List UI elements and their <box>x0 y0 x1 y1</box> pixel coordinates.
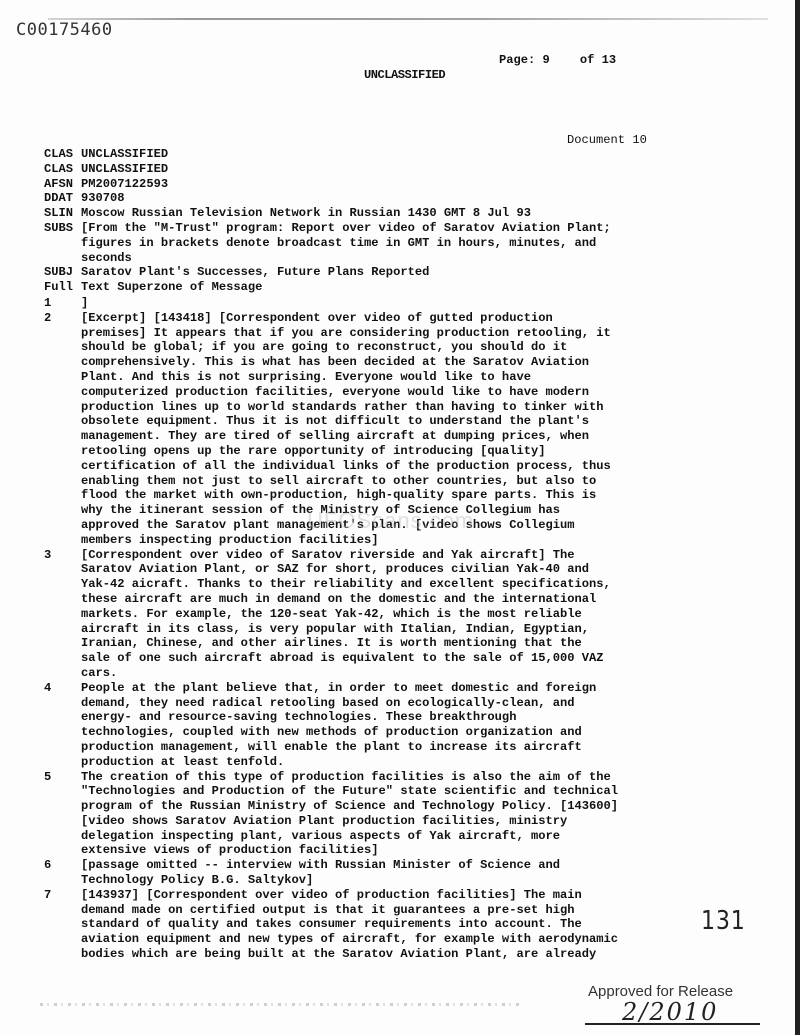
field-row: AFSNPM2007122593 <box>44 177 664 192</box>
page-total: of 13 <box>580 53 616 68</box>
paragraph-number: 3 <box>44 548 81 681</box>
scan-right-edge <box>795 0 800 1035</box>
field-label: CLAS <box>44 162 81 177</box>
field-value: 930708 <box>81 191 664 206</box>
field-row: DDAT930708 <box>44 191 664 206</box>
page-label: Page: 9 <box>499 53 550 68</box>
document-page: C00175460 Page: 9of 13 UNCLASSIFIED Docu… <box>0 0 800 1035</box>
scan-top-rule <box>48 18 768 20</box>
field-row: SUBJSaratov Plant's Successes, Future Pl… <box>44 265 664 280</box>
paragraph: 4People at the plant believe that, in or… <box>44 681 664 770</box>
field-label: SUBJ <box>44 265 81 280</box>
paragraph-number: 1 <box>44 296 81 311</box>
classification-header: UNCLASSIFIED <box>364 68 445 83</box>
field-value: UNCLASSIFIED <box>81 147 664 162</box>
paragraph-number: 4 <box>44 681 81 770</box>
field-value: UNCLASSIFIED <box>81 162 664 177</box>
field-value: Moscow Russian Television Network in Rus… <box>81 206 664 221</box>
watermark: UFOScans.com <box>307 508 474 534</box>
approval-underline <box>585 1023 760 1025</box>
field-label: SUBS <box>44 221 81 265</box>
paragraph: 3[Correspondent over video of Saratov ri… <box>44 548 664 681</box>
paragraph-text: People at the plant believe that, in ord… <box>81 681 664 770</box>
scan-noise-line <box>40 1003 520 1006</box>
document-number: Document 10 <box>567 133 647 148</box>
paragraph-number: 2 <box>44 311 81 548</box>
field-row: FullText Superzone of Message <box>44 280 664 295</box>
field-row: SLINMoscow Russian Television Network in… <box>44 206 664 221</box>
document-control-number: C00175460 <box>16 20 113 40</box>
field-label: AFSN <box>44 177 81 192</box>
paragraph: 6[passage omitted -- interview with Russ… <box>44 858 664 888</box>
field-label: Full <box>44 280 81 295</box>
field-row: CLASUNCLASSIFIED <box>44 162 664 177</box>
header-fields: CLASUNCLASSIFIED CLASUNCLASSIFIED AFSNPM… <box>44 147 664 295</box>
paragraph-text: [passage omitted -- interview with Russi… <box>81 858 664 888</box>
field-row: SUBS[From the "M-Trust" program: Report … <box>44 221 664 265</box>
approved-release-date: 2/2010 <box>622 998 718 1026</box>
paragraph-number: 6 <box>44 858 81 888</box>
page-indicator: Page: 9of 13 <box>499 53 616 68</box>
field-value: Saratov Plant's Successes, Future Plans … <box>81 265 664 280</box>
paragraph-number: 5 <box>44 770 81 859</box>
message-body: 1] 2[Excerpt] [143418] [Correspondent ov… <box>44 296 664 962</box>
paragraph: 5The creation of this type of production… <box>44 770 664 859</box>
handwritten-page-number: 131 <box>701 906 746 936</box>
field-value: PM2007122593 <box>81 177 664 192</box>
paragraph: 7[143937] [Correspondent over video of p… <box>44 888 664 962</box>
field-label: CLAS <box>44 147 81 162</box>
paragraph-text: The creation of this type of production … <box>81 770 664 859</box>
field-label: SLIN <box>44 206 81 221</box>
paragraph-number: 7 <box>44 888 81 962</box>
paragraph: 1] <box>44 296 664 311</box>
field-value: [From the "M-Trust" program: Report over… <box>81 221 664 265</box>
paragraph-text: ] <box>81 296 664 311</box>
paragraph-text: [Correspondent over video of Saratov riv… <box>81 548 664 681</box>
field-label: DDAT <box>44 191 81 206</box>
field-value: Text Superzone of Message <box>81 280 664 295</box>
paragraph-text: [143937] [Correspondent over video of pr… <box>81 888 664 962</box>
field-row: CLASUNCLASSIFIED <box>44 147 664 162</box>
